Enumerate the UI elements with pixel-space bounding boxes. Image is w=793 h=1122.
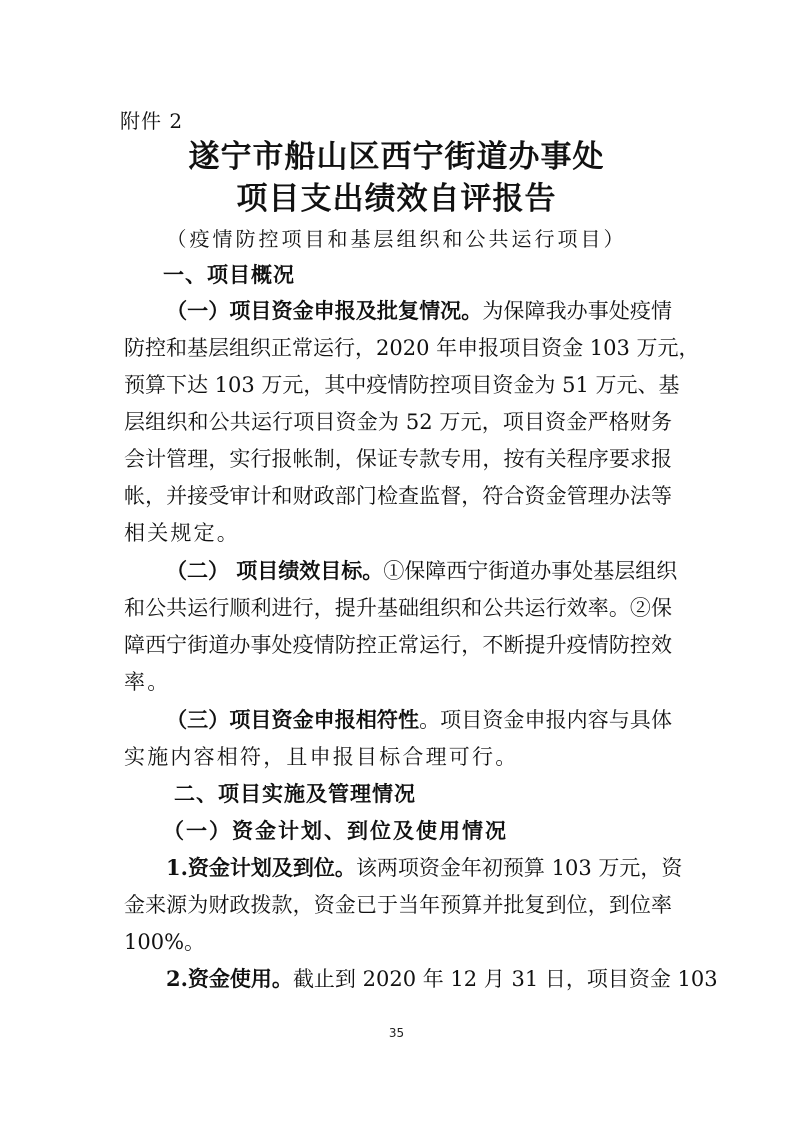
paragraph-1-line-2: 防控和基层组织正常运行，2020 年申报项目资金 103 万元，: [124, 335, 672, 361]
paragraph-2-line-4: 率。: [124, 669, 672, 695]
item-2-text: 截止到 2020 年 12 月 31 日，项目资金 103: [293, 967, 718, 991]
paragraph-3-text: 。项目资金申报内容与具体: [419, 708, 672, 732]
item-1-text: 该两项资金年初预算 103 万元，资: [356, 856, 682, 880]
paragraph-1-line-5: 会计管理，实行报帐制，保证专款专用，按有关程序要求报: [124, 446, 672, 472]
paragraph-1-lead: （一）项目资金申报及批复情况。: [166, 298, 482, 323]
paragraph-1-line-3: 预算下达 103 万元，其中疫情防控项目资金为 51 万元、基: [124, 372, 672, 398]
document-subtitle: （疫情防控项目和基层组织和公共运行项目）: [0, 226, 793, 252]
page-number: 35: [0, 1026, 793, 1040]
paragraph-1-text: 为保障我办事处疫情: [482, 299, 672, 323]
paragraph-1-line-4: 层组织和公共运行项目资金为 52 万元，项目资金严格财务: [124, 409, 672, 435]
paragraph-1-line-6: 帐，并接受审计和财政部门检查监督，符合资金管理办法等: [124, 483, 672, 509]
item-2-line-1: 2.资金使用。截止到 2020 年 12 月 31 日，项目资金 103: [124, 966, 672, 992]
item-1-lead: 1.资金计划及到位。: [166, 855, 356, 880]
paragraph-3-lead: （三）项目资金申报相符性: [166, 707, 419, 732]
paragraph-3-line-1: （三）项目资金申报相符性。项目资金申报内容与具体: [124, 707, 672, 733]
paragraph-2-line-2: 和公共运行顺利进行，提升基础组织和公共运行效率。②保: [124, 595, 672, 621]
document-title-line-1: 遂宁市船山区西宁街道办事处: [0, 138, 793, 176]
attachment-label: 附件 2: [120, 108, 668, 134]
item-1-line-2: 金来源为财政拨款，资金已于当年预算并批复到位，到位率: [124, 892, 672, 918]
paragraph-1-line-7: 相关规定。: [124, 520, 672, 546]
item-1-line-3: 100%。: [124, 929, 672, 955]
document-page: 附件 2 遂宁市船山区西宁街道办事处 项目支出绩效自评报告 （疫情防控项目和基层…: [0, 0, 793, 1122]
paragraph-2-lead: （二） 项目绩效目标。: [166, 558, 383, 583]
paragraph-2-line-3: 障西宁街道办事处疫情防控正常运行，不断提升疫情防控效: [124, 632, 672, 658]
paragraph-2-text: ①保障西宁街道办事处基层组织: [383, 559, 677, 583]
paragraph-3-line-2: 实施内容相符，且申报目标合理可行。: [124, 744, 672, 770]
section-2-subheading: （一）资金计划、到位及使用情况: [163, 818, 711, 844]
document-title-line-2: 项目支出绩效自评报告: [0, 180, 793, 218]
paragraph-1-line-1: （一）项目资金申报及批复情况。为保障我办事处疫情: [124, 298, 672, 324]
item-2-lead: 2.资金使用。: [166, 966, 293, 991]
item-1-line-1: 1.资金计划及到位。该两项资金年初预算 103 万元，资: [124, 855, 672, 881]
section-2-heading: 二、项目实施及管理情况: [174, 781, 722, 807]
paragraph-2-line-1: （二） 项目绩效目标。①保障西宁街道办事处基层组织: [124, 558, 672, 584]
section-1-heading: 一、项目概况: [163, 262, 711, 288]
